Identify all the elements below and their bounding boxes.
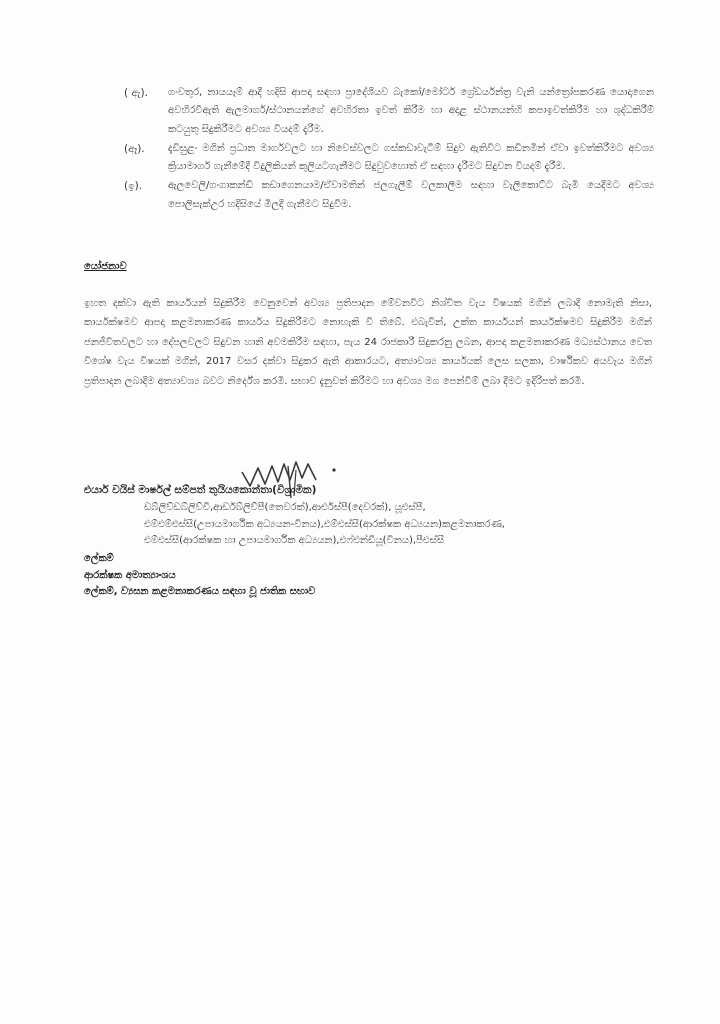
proposal-paragraph: ඉහත දක්වා ඇති කාර්යයන් සිදුකිරීම වෙනුවෙන… [84, 294, 652, 391]
signatory-designation: ලේකම් ආරක්ෂක අමාත්‍යාංශය ලේකම්, ව්‍යසන ක… [84, 551, 315, 601]
numbered-list: ( ඇ). ගංවතුර, නායයෑම් ආදී හදිසි ආපදා සඳහ… [124, 84, 654, 215]
qualification-line: ඩබ්ලිව්ඩබ්ලිව්වී,ආර්ඩබ්ලිව්පී(තෙවරක්),ආර… [144, 500, 664, 517]
list-marker: (ඉ). [124, 177, 168, 195]
list-item: ( ඇ). ගංවතුර, නායයෑම් ආදී හදිසි ආපදා සඳහ… [124, 84, 654, 139]
signatory-qualifications: ඩබ්ලිව්ඩබ්ලිව්වී,ආර්ඩබ්ලිව්පී(තෙවරක්),ආර… [144, 500, 664, 550]
designation-line: ලේකම් [84, 551, 315, 568]
document-page: ( ඇ). ගංවතුර, නායයෑම් ආදී හදිසි ආපදා සඳහ… [0, 0, 720, 1024]
section-heading-proposal: යෝජනාව [84, 261, 127, 272]
designation-line: ලේකම්, ව්‍යසන කළමනාකරණය සඳහා වූ ජාතික සභ… [84, 584, 315, 601]
list-item-text: ඇලවෙලි/ගංගාකන්ඩි කඩාගෙනයාම/ඒවාමතින් ජලගැ… [168, 177, 654, 214]
designation-line: ආරක්ෂක අමාත්‍යාංශය [84, 568, 315, 585]
qualification-line: එම්එම්එස්සී(උපායමාර්ගික අධ්‍යයන-විනය),එම… [144, 517, 664, 534]
signatory-name: එයාර් වයිස් මාර්ෂල් සම්පත් තුයියකොන්තා(ව… [84, 484, 316, 497]
list-item: (ඉ). ඇලවෙලි/ගංගාකන්ඩි කඩාගෙනයාම/ඒවාමතින්… [124, 177, 654, 214]
list-item-text: ගංවතුර, නායයෑම් ආදී හදිසි ආපදා සඳහා ප්‍ර… [168, 84, 654, 139]
list-marker: (ඈ). [124, 140, 168, 158]
list-item-text: දැඩිසුළං මගින් ප්‍රධාන මාර්ගවලට හා නිවෙස… [168, 140, 654, 177]
list-item: (ඈ). දැඩිසුළං මගින් ප්‍රධාන මාර්ගවලට හා … [124, 140, 654, 177]
qualification-line: එම්එස්සී(ආරක්ෂක හා උපායමාර්ගික අධ්‍යයන),… [144, 533, 664, 550]
list-marker: ( ඇ). [124, 84, 168, 102]
